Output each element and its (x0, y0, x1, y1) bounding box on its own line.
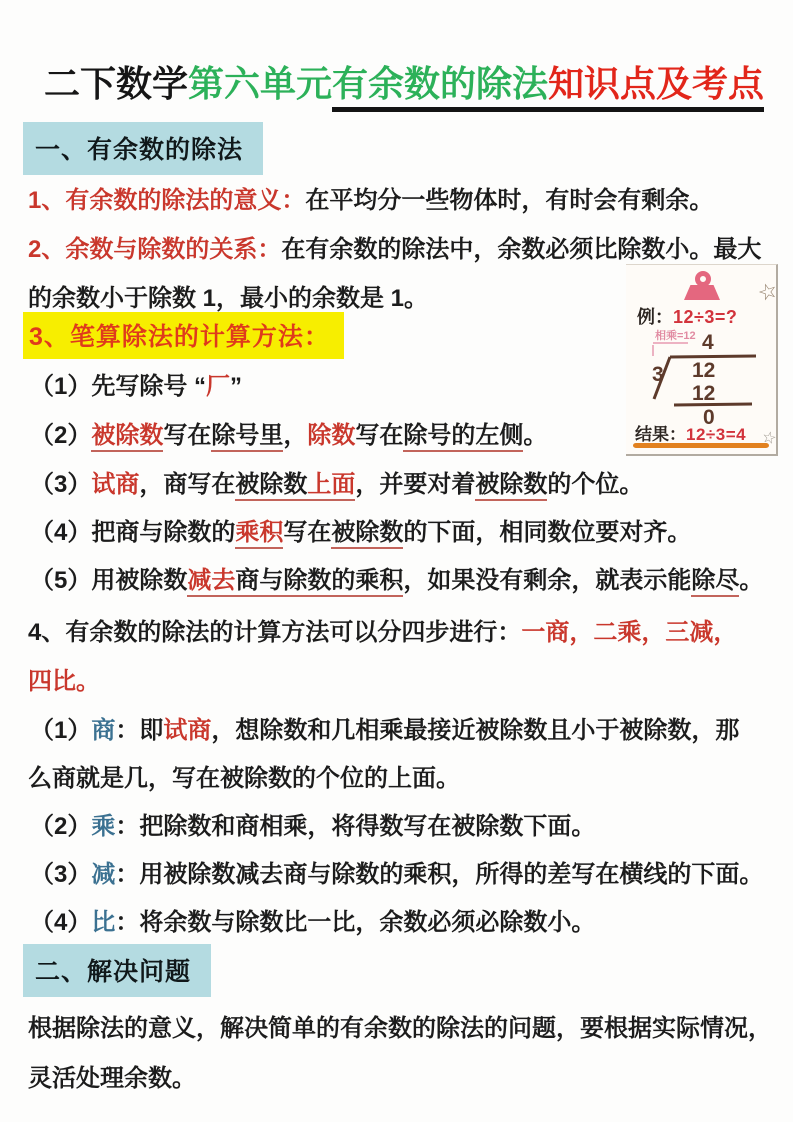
step-5-num: （5） (30, 567, 91, 594)
step-4-t3: 的下面，相同数位要对齐。 (403, 519, 691, 546)
point-1-label: 1、有余数的除法的意义： (28, 187, 305, 214)
step-2-t1: 写在 (163, 422, 211, 449)
substep-1-t2: ，想除数和几相乘最接近被除数且小于被除数，那 (211, 717, 739, 744)
substep-1-t3: 么商就是几，写在被除数的个位的上面。 (28, 765, 460, 792)
step-2-term-divisor: 除数 (307, 422, 355, 449)
step-5-t3: 。 (739, 567, 763, 594)
substep-3: （3）减：用被除数减去商与除数的乘积，所得的差写在横线的下面。 (30, 854, 763, 889)
substep-3-text: ：用被除数减去商与除数的乘积，所得的差写在横线的下面。 (115, 861, 763, 888)
step-1-close-quote: ” (230, 373, 242, 400)
step-2-t4: 。 (523, 422, 547, 449)
step-2-t3: 写在 (355, 422, 403, 449)
substep-4-text: ：将余数与除数比一比，余数必须必除数小。 (115, 909, 595, 936)
step-3-t2: ，并要对着 (355, 471, 475, 498)
step-3-t1: ，商写在 (139, 471, 235, 498)
final-text-1: 根据除法的意义，解决简单的有余数的除法的问题，要根据实际情况， (28, 1015, 772, 1042)
point-4-steps-red-2: 四比。 (28, 668, 100, 695)
step-5-t2: ，如果没有剩余，就表示能 (403, 567, 691, 594)
substep-1-line-1: （1）商：即试商，想除数和几相乘最接近被除数且小于被除数，那 (30, 710, 739, 745)
result-expression: 12÷3=4 (686, 425, 746, 444)
step-4-term-product: 乘积 (235, 519, 283, 549)
point-4-text: 4、有余数的除法的计算方法可以分四步进行： (28, 619, 521, 646)
step-3-term-above: 上面 (307, 471, 355, 501)
step-5: （5）用被除数减去商与除数的乘积，如果没有剩余，就表示能除尽。 (30, 560, 763, 595)
step-3-term-trial: 试商 (91, 471, 139, 498)
step-5-u2: 除尽 (691, 567, 739, 597)
division-symbol: 厂 (206, 373, 230, 400)
point-2-line-2: 的余数小于除数 1，最小的余数是 1。 (28, 278, 428, 313)
step-4-num: （4） (30, 519, 91, 546)
substep-2: （2）乘：把除数和商相乘，将得数写在被除数下面。 (30, 806, 595, 841)
step-3-u2: 被除数 (475, 471, 547, 501)
step-1-text: （1）先写除号 “ (30, 373, 206, 400)
step-4-t2: 写在 (283, 519, 331, 546)
point-4-line-2: 四比。 (28, 661, 100, 696)
step-2-term-dividend: 被除数 (91, 422, 163, 452)
point-1: 1、有余数的除法的意义：在平均分一些物体时，有时会有剩余。 (28, 180, 713, 215)
point-1-text: 在平均分一些物体时，有时会有剩余。 (305, 187, 713, 214)
step-5-term-subtract: 减去 (187, 567, 235, 597)
substep-4: （4）比：将余数与除数比一比，余数必须必除数小。 (30, 902, 595, 937)
step-5-u1: 商与除数的乘积 (235, 567, 403, 597)
point-2-label: 2、余数与除数的关系： (28, 236, 281, 263)
substep-1-t1: ：即 (115, 717, 163, 744)
point-2-text-2: 的余数小于除数 1，最小的余数是 1。 (28, 285, 428, 312)
step-2-u2: 除号的左侧 (403, 422, 523, 452)
substep-1-keyword: 商 (91, 717, 115, 744)
substep-2-keyword: 乘 (91, 813, 115, 840)
example-figure: ☆ ☆ 例：12÷3=? 相乘=12 4 3 12 12 0 结果：12÷3=4 (626, 264, 778, 456)
title-topic: 有余数的除法 (332, 63, 548, 104)
step-4-t1: 把商与除数的 (91, 519, 235, 546)
title-suffix: 知识点及考点 (548, 63, 764, 104)
final-paragraph-line-2: 灵活处理余数。 (28, 1058, 196, 1093)
section-1-heading: 一、有余数的除法 (23, 122, 263, 175)
step-2: （2）被除数写在除号里，除数写在除号的左侧。 (30, 415, 547, 450)
point-2-text-1: 在有余数的除法中，余数必须比除数小。最大 (281, 236, 761, 263)
title-grade: 二下数学 (44, 63, 188, 104)
point-2-line-1: 2、余数与除数的关系：在有余数的除法中，余数必须比除数小。最大 (28, 229, 761, 264)
final-paragraph-line-1: 根据除法的意义，解决简单的有余数的除法的问题，要根据实际情况， (28, 1008, 772, 1043)
step-4-u1: 被除数 (331, 519, 403, 549)
step-1: （1）先写除号 “厂” (30, 366, 242, 401)
step-3-u1: 被除数 (235, 471, 307, 501)
point-3-highlight: 3、笔算除法的计算方法： (23, 312, 344, 359)
step-5-t1: 用被除数 (91, 567, 187, 594)
step-3: （3）试商，商写在被除数上面，并要对着被除数的个位。 (30, 464, 643, 499)
result-line: 结果：12÷3=4 (635, 420, 746, 445)
point-4-steps-red: 一商，二乘，三减， (521, 619, 737, 646)
substep-1-red: 试商 (163, 717, 211, 744)
section-2-heading: 二、解决问题 (23, 944, 211, 997)
substep-2-text: ：把除数和商相乘，将得数写在被除数下面。 (115, 813, 595, 840)
step-3-num: （3） (30, 471, 91, 498)
step-2-t2: ， (283, 422, 307, 449)
divisor-value: 3 (652, 363, 664, 387)
title-unit: 第六单元 (188, 63, 332, 104)
step-3-t3: 的个位。 (547, 471, 643, 498)
substep-4-num: （4） (30, 909, 91, 936)
substep-4-keyword: 比 (91, 909, 115, 936)
page-title: 二下数学第六单元有余数的除法知识点及考点 (44, 56, 764, 107)
substep-1-num: （1） (30, 717, 91, 744)
quotient-value: 4 (702, 331, 714, 355)
title-underline: 有余数的除法知识点及考点 (332, 63, 764, 112)
step-2-num: （2） (30, 422, 91, 449)
final-text-2: 灵活处理余数。 (28, 1065, 196, 1092)
product-value: 12 (692, 382, 715, 406)
dividend-value: 12 (692, 359, 715, 383)
step-2-u1: 除号里 (211, 422, 283, 452)
step-4: （4）把商与除数的乘积写在被除数的下面，相同数位要对齐。 (30, 512, 691, 547)
point-4-line-1: 4、有余数的除法的计算方法可以分四步进行：一商，二乘，三减， (28, 612, 737, 647)
result-underline (633, 443, 769, 448)
substep-2-num: （2） (30, 813, 91, 840)
substep-1-line-2: 么商就是几，写在被除数的个位的上面。 (28, 758, 460, 793)
substep-3-keyword: 减 (91, 861, 115, 888)
worksheet-page: 二下数学第六单元有余数的除法知识点及考点 一、有余数的除法 1、有余数的除法的意… (0, 0, 793, 1122)
result-label: 结果： (635, 425, 686, 444)
substep-3-num: （3） (30, 861, 91, 888)
